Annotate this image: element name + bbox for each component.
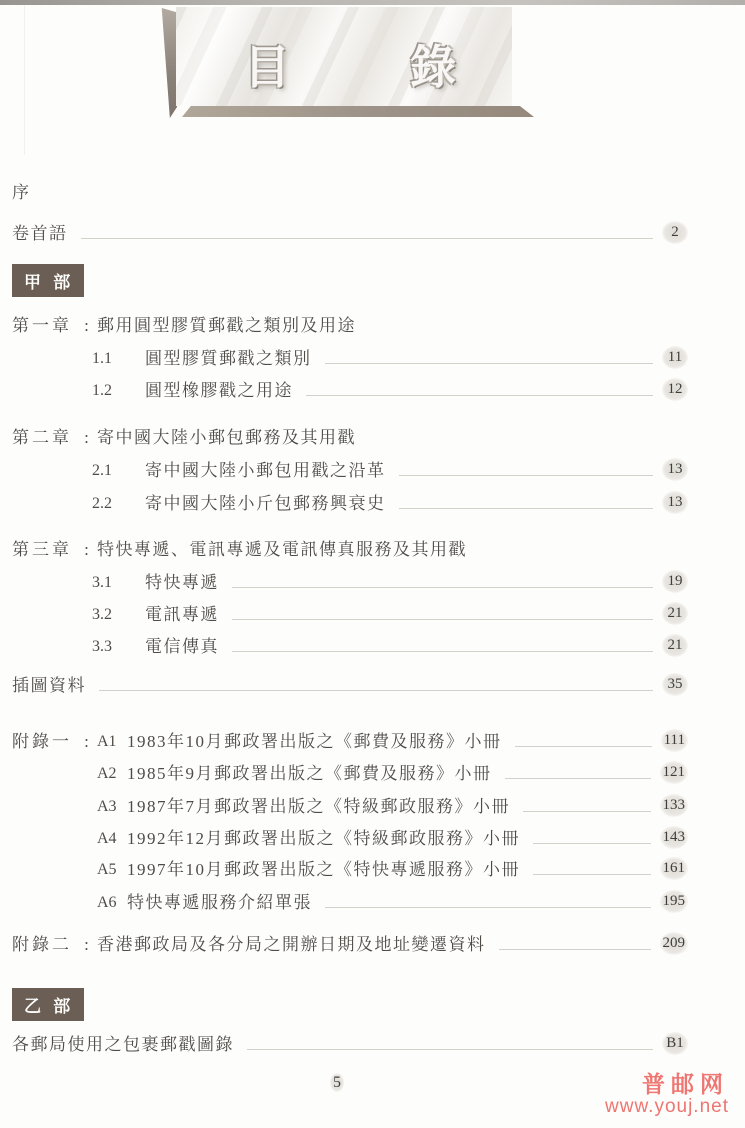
- plaque-left-bevel: [160, 8, 177, 118]
- entry-number: 3.1: [92, 572, 145, 593]
- leader-line: [325, 363, 654, 364]
- toc-appendix-1-row-a1: 附錄一 : A1 1983年10月郵政署出版之《郵費及服務》小冊 111: [12, 730, 688, 752]
- chapter-label: 第二章: [12, 427, 76, 448]
- leader-line: [232, 619, 653, 620]
- leader-line: [325, 907, 651, 908]
- plaque-title-char-lu: 錄: [410, 31, 456, 97]
- entry-title: 1985年9月郵政署出版之《郵費及服務》小冊: [127, 763, 492, 784]
- leader-line: [247, 1049, 653, 1050]
- toc-entry-1-1: 1.1 圓型膠質郵戳之類別 11: [12, 348, 688, 369]
- leader-line: [515, 746, 652, 747]
- entry-number: A1: [97, 731, 125, 752]
- toc-entry-part-b-catalog: 各郵局使用之包裹郵戳圖錄 B1: [12, 1034, 688, 1055]
- chapter-title: 寄中國大陸小郵包郵務及其用戳: [97, 427, 356, 448]
- page-number: 11: [662, 346, 688, 369]
- page-number: 2: [662, 221, 688, 244]
- entry-number: 1.2: [92, 380, 145, 401]
- page-number: 209: [660, 932, 689, 955]
- entry-label: 各郵局使用之包裹郵戳圖錄: [12, 1034, 234, 1055]
- page-number: 161: [660, 857, 689, 880]
- page-number: 133: [660, 794, 689, 817]
- entry-label: 卷首語: [12, 223, 68, 244]
- page-number: 35: [662, 673, 688, 696]
- entry-title: 1987年7月郵政署出版之《特級郵政服務》小冊: [127, 796, 510, 817]
- appendix-colon: :: [76, 934, 97, 955]
- leader-line: [399, 508, 654, 509]
- page-number: 19: [662, 570, 688, 593]
- leader-line: [499, 949, 651, 950]
- entry-title: 寄中國大陸小斤包郵務興衰史: [145, 493, 386, 514]
- toc-entry-1-2: 1.2 圓型橡膠戳之用途 12: [12, 380, 688, 401]
- plaque-face: 目 錄: [176, 7, 512, 106]
- toc-entry-preface: 序: [12, 182, 688, 203]
- page-number: 12: [662, 378, 688, 401]
- page-number: 21: [662, 634, 688, 657]
- page-number: 13: [662, 458, 688, 481]
- toc-entry-2-2: 2.2 寄中國大陸小斤包郵務興衰史 13: [12, 493, 688, 514]
- appendix-colon: :: [76, 731, 97, 752]
- toc-chapter-3: 第三章 : 特快專遞、電訊專遞及電訊傳真服務及其用戳: [12, 538, 688, 560]
- leader-line: [99, 690, 653, 691]
- chapter-title: 特快專遞、電訊專遞及電訊傳真服務及其用戳: [97, 539, 467, 560]
- toc-appendix-1-row-a3: A3 1987年7月郵政署出版之《特級郵政服務》小冊 133: [12, 796, 688, 817]
- entry-label: 插圖資料: [12, 675, 86, 696]
- page-number: 143: [660, 826, 689, 849]
- toc-appendix-1-row-a6: A6 特快專遞服務介紹單張 195: [12, 892, 688, 913]
- chapter-colon: :: [76, 427, 97, 448]
- leader-line: [81, 238, 654, 239]
- watermark-site-url: www.youj.net: [605, 1097, 729, 1118]
- entry-number: A6: [97, 892, 125, 913]
- page-number: 21: [662, 602, 688, 625]
- entry-title: 1992年12月郵政署出版之《特級郵政服務》小冊: [127, 828, 520, 849]
- folio-page-number: 5: [330, 1073, 344, 1092]
- entry-title: 1997年10月郵政署出版之《特快專遞服務》小冊: [127, 859, 520, 880]
- entry-title: 電訊專遞: [145, 604, 219, 625]
- page-number: 13: [662, 491, 688, 514]
- plaque-title-char-mu: 目: [244, 31, 290, 97]
- section-part-a: 甲 部: [12, 264, 688, 297]
- entry-number: A3: [97, 796, 125, 817]
- entry-number: A2: [97, 763, 125, 784]
- watermark-site-name: 普邮网: [605, 1072, 729, 1097]
- page-number: 111: [661, 729, 688, 752]
- entry-number: A5: [97, 859, 125, 880]
- toc-appendix-1-row-a2: A2 1985年9月郵政署出版之《郵費及服務》小冊 121: [12, 763, 688, 784]
- toc-entry-3-2: 3.2 電訊專遞 21: [12, 604, 688, 625]
- entry-number: 1.1: [92, 348, 145, 369]
- entry-number: 3.2: [92, 604, 145, 625]
- page-number: B1: [662, 1032, 688, 1055]
- entry-label: 序: [12, 182, 31, 203]
- leader-line: [533, 874, 651, 875]
- leader-line: [399, 475, 654, 476]
- toc-chapter-2: 第二章 : 寄中國大陸小郵包郵務及其用戳: [12, 426, 688, 448]
- entry-number: A4: [97, 828, 125, 849]
- entry-title: 電信傳真: [145, 636, 219, 657]
- leader-line: [306, 395, 653, 396]
- part-b-badge: 乙 部: [12, 988, 84, 1021]
- leader-line: [523, 811, 651, 812]
- toc-chapter-1: 第一章 : 郵用圓型膠質郵戳之類別及用途: [12, 314, 688, 336]
- entry-title: 圓型橡膠戳之用途: [145, 380, 293, 401]
- part-a-badge: 甲 部: [12, 264, 84, 297]
- toc-entry-foreword: 卷首語 2: [12, 223, 688, 244]
- leader-line: [232, 651, 653, 652]
- scan-fold-line: [24, 5, 25, 155]
- chapter-colon: :: [76, 539, 97, 560]
- entry-number: 3.3: [92, 636, 145, 657]
- folio: 5: [330, 1074, 344, 1092]
- leader-line: [533, 843, 651, 844]
- entry-title: 特快專遞: [145, 572, 219, 593]
- title-plaque: 目 錄: [150, 5, 532, 121]
- entry-number: 2.2: [92, 493, 145, 514]
- appendix-label: 附錄二: [12, 934, 76, 955]
- entry-title: 圓型膠質郵戳之類別: [145, 348, 312, 369]
- section-part-b: 乙 部: [12, 988, 688, 1021]
- chapter-title: 郵用圓型膠質郵戳之類別及用途: [97, 315, 356, 336]
- chapter-label: 第一章: [12, 315, 76, 336]
- page-number: 195: [660, 890, 689, 913]
- leader-line: [505, 778, 651, 779]
- entry-number: 2.1: [92, 460, 145, 481]
- appendix-label: 附錄一: [12, 731, 76, 752]
- toc-entry-3-1: 3.1 特快專遞 19: [12, 572, 688, 593]
- entry-title: 寄中國大陸小郵包用戳之沿革: [145, 460, 386, 481]
- plaque-bottom-bevel: [182, 106, 534, 117]
- leader-line: [232, 587, 653, 588]
- site-watermark: 普邮网 www.youj.net: [605, 1072, 729, 1118]
- entry-title: 特快專遞服務介紹單張: [127, 892, 312, 913]
- toc-appendix-1-row-a5: A5 1997年10月郵政署出版之《特快專遞服務》小冊 161: [12, 859, 688, 880]
- table-of-contents: 序 卷首語 2 甲 部 第一章 : 郵用圓型膠質郵戳之類別及用途 1.1 圓型膠…: [12, 182, 688, 1055]
- entry-title: 香港郵政局及各分局之開辦日期及地址變遷資料: [97, 934, 486, 955]
- chapter-colon: :: [76, 315, 97, 336]
- toc-entry-3-3: 3.3 電信傳真 21: [12, 636, 688, 657]
- toc-entry-illustrations: 插圖資料 35: [12, 675, 688, 696]
- toc-entry-2-1: 2.1 寄中國大陸小郵包用戳之沿革 13: [12, 460, 688, 481]
- toc-appendix-1-row-a4: A4 1992年12月郵政署出版之《特級郵政服務》小冊 143: [12, 828, 688, 849]
- chapter-label: 第三章: [12, 539, 76, 560]
- entry-title: 1983年10月郵政署出版之《郵費及服務》小冊: [127, 731, 502, 752]
- toc-appendix-2: 附錄二 : 香港郵政局及各分局之開辦日期及地址變遷資料 209: [12, 933, 688, 955]
- page-number: 121: [660, 761, 689, 784]
